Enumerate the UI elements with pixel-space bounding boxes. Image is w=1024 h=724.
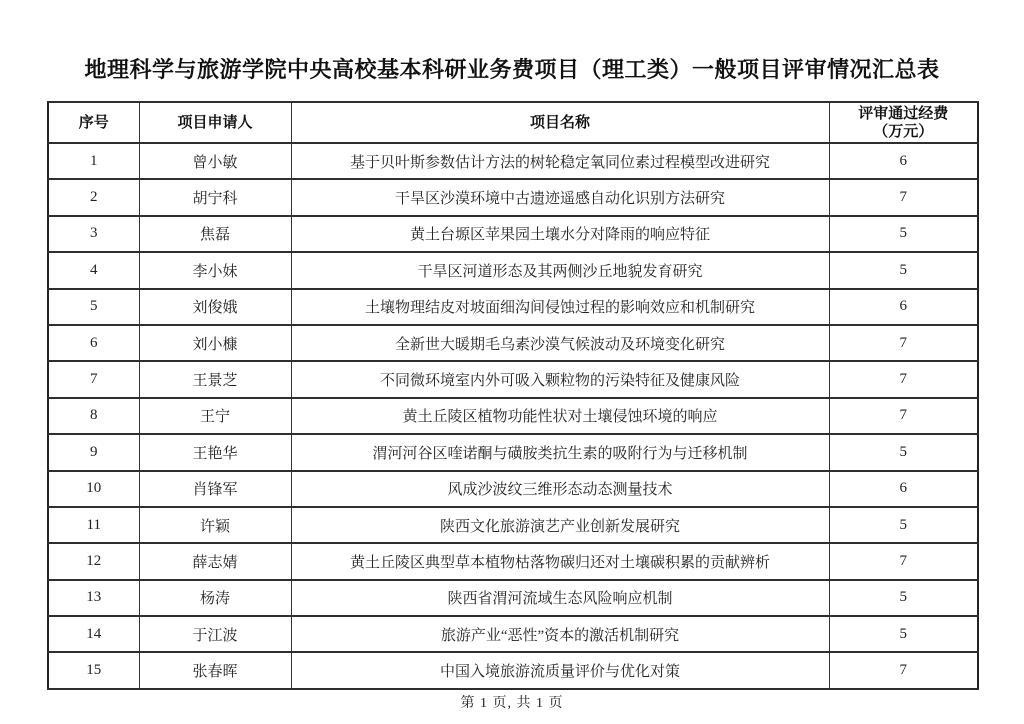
cell-approved-fee: 5 [829, 616, 978, 652]
cell-approved-fee: 7 [829, 398, 978, 434]
cell-project-name: 黄土丘陵区典型草本植物枯落物碳归还对土壤碳积累的贡献辨析 [291, 543, 829, 579]
cell-applicant: 李小妹 [139, 252, 291, 288]
cell-seq: 1 [48, 143, 139, 179]
cell-project-name: 土壤物理结皮对坡面细沟间侵蚀过程的影响效应和机制研究 [291, 289, 829, 325]
cell-applicant: 刘小槺 [139, 325, 291, 361]
cell-approved-fee: 6 [829, 289, 978, 325]
cell-approved-fee: 5 [829, 252, 978, 288]
table-row: 13杨涛陕西省渭河流域生态风险响应机制5 [48, 580, 978, 616]
cell-approved-fee: 5 [829, 580, 978, 616]
cell-applicant: 薛志婧 [139, 543, 291, 579]
cell-project-name: 风成沙波纹三维形态动态测量技术 [291, 471, 829, 507]
cell-seq: 7 [48, 361, 139, 397]
cell-applicant: 刘俊娥 [139, 289, 291, 325]
cell-project-name: 陕西文化旅游演艺产业创新发展研究 [291, 507, 829, 543]
project-review-table: 序号 项目申请人 项目名称 评审通过经费 （万元） 1曾小敏基于贝叶斯参数估计方… [47, 101, 979, 690]
table-body: 1曾小敏基于贝叶斯参数估计方法的树轮稳定氧同位素过程模型改进研究62胡宁科干旱区… [48, 143, 978, 689]
cell-approved-fee: 7 [829, 543, 978, 579]
cell-project-name: 干旱区河道形态及其两侧沙丘地貌发育研究 [291, 252, 829, 288]
cell-approved-fee: 6 [829, 143, 978, 179]
header-project-name: 项目名称 [291, 102, 829, 143]
cell-approved-fee: 7 [829, 325, 978, 361]
header-applicant: 项目申请人 [139, 102, 291, 143]
table-row: 9王艳华渭河河谷区喹诺酮与磺胺类抗生素的吸附行为与迁移机制5 [48, 434, 978, 470]
header-approved-fee: 评审通过经费 （万元） [829, 102, 978, 143]
table-row: 2胡宁科干旱区沙漠环境中古遗迹遥感自动化识别方法研究7 [48, 179, 978, 215]
cell-approved-fee: 5 [829, 434, 978, 470]
table-row: 5刘俊娥土壤物理结皮对坡面细沟间侵蚀过程的影响效应和机制研究6 [48, 289, 978, 325]
table-row: 10肖锋军风成沙波纹三维形态动态测量技术6 [48, 471, 978, 507]
cell-applicant: 王艳华 [139, 434, 291, 470]
cell-seq: 6 [48, 325, 139, 361]
cell-seq: 2 [48, 179, 139, 215]
table-row: 15张春晖中国入境旅游流质量评价与优化对策7 [48, 652, 978, 688]
cell-applicant: 许颖 [139, 507, 291, 543]
table-row: 11许颖陕西文化旅游演艺产业创新发展研究5 [48, 507, 978, 543]
cell-approved-fee: 6 [829, 471, 978, 507]
page-number-footer: 第 1 页, 共 1 页 [0, 692, 1024, 712]
cell-project-name: 不同微环境室内外可吸入颗粒物的污染特征及健康风险 [291, 361, 829, 397]
cell-project-name: 干旱区沙漠环境中古遗迹遥感自动化识别方法研究 [291, 179, 829, 215]
cell-seq: 8 [48, 398, 139, 434]
cell-seq: 3 [48, 216, 139, 252]
cell-approved-fee: 5 [829, 216, 978, 252]
cell-project-name: 基于贝叶斯参数估计方法的树轮稳定氧同位素过程模型改进研究 [291, 143, 829, 179]
cell-applicant: 胡宁科 [139, 179, 291, 215]
page-title: 地理科学与旅游学院中央高校基本科研业务费项目（理工类）一般项目评审情况汇总表 [0, 53, 1024, 84]
cell-applicant: 张春晖 [139, 652, 291, 688]
cell-approved-fee: 5 [829, 507, 978, 543]
cell-seq: 10 [48, 471, 139, 507]
cell-project-name: 渭河河谷区喹诺酮与磺胺类抗生素的吸附行为与迁移机制 [291, 434, 829, 470]
table-row: 12薛志婧黄土丘陵区典型草本植物枯落物碳归还对土壤碳积累的贡献辨析7 [48, 543, 978, 579]
cell-project-name: 中国入境旅游流质量评价与优化对策 [291, 652, 829, 688]
table-row: 8王宁黄土丘陵区植物功能性状对土壤侵蚀环境的响应7 [48, 398, 978, 434]
cell-approved-fee: 7 [829, 652, 978, 688]
cell-seq: 15 [48, 652, 139, 688]
table-row: 1曾小敏基于贝叶斯参数估计方法的树轮稳定氧同位素过程模型改进研究6 [48, 143, 978, 179]
cell-project-name: 全新世大暖期毛乌素沙漠气候波动及环境变化研究 [291, 325, 829, 361]
cell-applicant: 杨涛 [139, 580, 291, 616]
header-seq: 序号 [48, 102, 139, 143]
cell-project-name: 黄土丘陵区植物功能性状对土壤侵蚀环境的响应 [291, 398, 829, 434]
table-row: 14于江波旅游产业“恶性”资本的激活机制研究5 [48, 616, 978, 652]
table-row: 6刘小槺全新世大暖期毛乌素沙漠气候波动及环境变化研究7 [48, 325, 978, 361]
cell-seq: 11 [48, 507, 139, 543]
table-row: 3焦磊黄土台塬区苹果园土壤水分对降雨的响应特征5 [48, 216, 978, 252]
cell-seq: 13 [48, 580, 139, 616]
document-page: 地理科学与旅游学院中央高校基本科研业务费项目（理工类）一般项目评审情况汇总表 序… [0, 0, 1024, 724]
cell-seq: 5 [48, 289, 139, 325]
table-row: 4李小妹干旱区河道形态及其两侧沙丘地貌发育研究5 [48, 252, 978, 288]
cell-seq: 12 [48, 543, 139, 579]
cell-seq: 4 [48, 252, 139, 288]
cell-project-name: 陕西省渭河流域生态风险响应机制 [291, 580, 829, 616]
cell-applicant: 于江波 [139, 616, 291, 652]
table-header-row: 序号 项目申请人 项目名称 评审通过经费 （万元） [48, 102, 978, 143]
cell-seq: 14 [48, 616, 139, 652]
header-fee-line2: （万元） [830, 123, 978, 141]
cell-seq: 9 [48, 434, 139, 470]
cell-project-name: 黄土台塬区苹果园土壤水分对降雨的响应特征 [291, 216, 829, 252]
table-row: 7王景芝不同微环境室内外可吸入颗粒物的污染特征及健康风险7 [48, 361, 978, 397]
cell-applicant: 王景芝 [139, 361, 291, 397]
cell-applicant: 焦磊 [139, 216, 291, 252]
header-fee-line1: 评审通过经费 [830, 105, 978, 123]
cell-applicant: 肖锋军 [139, 471, 291, 507]
cell-applicant: 曾小敏 [139, 143, 291, 179]
cell-approved-fee: 7 [829, 361, 978, 397]
cell-applicant: 王宁 [139, 398, 291, 434]
cell-project-name: 旅游产业“恶性”资本的激活机制研究 [291, 616, 829, 652]
cell-approved-fee: 7 [829, 179, 978, 215]
